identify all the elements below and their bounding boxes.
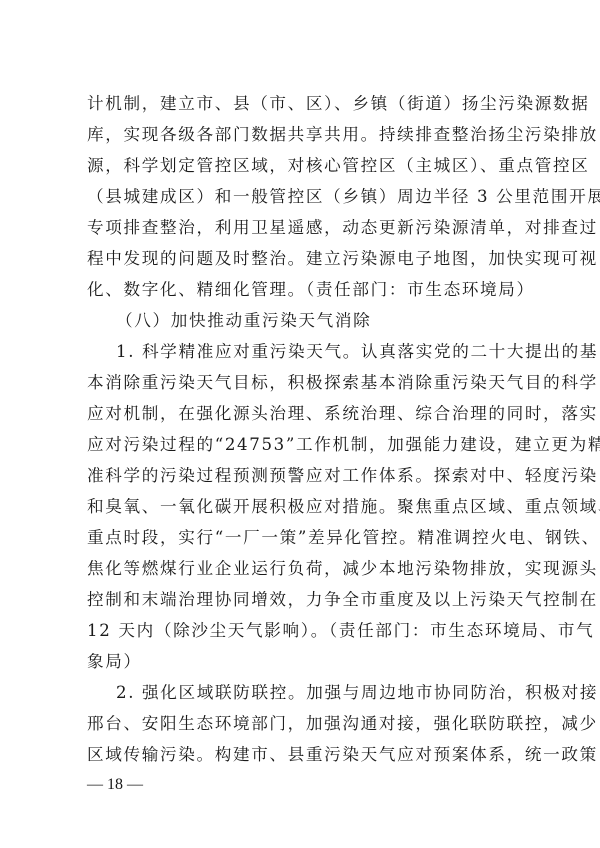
paragraph-line: 本消除重污染天气目标，积极探索基本消除重污染天气目的科学	[87, 373, 519, 393]
paragraph-line: 专项排查整治，利用卫星遥感，动态更新污染源清单，对排查过	[87, 218, 519, 238]
paragraph-line: 焦化等燃煤行业企业运行负荷，减少本地污染物排放，实现源头	[87, 559, 519, 579]
paragraph-line: 邢台、安阳生态环境部门，加强沟通对接，强化联防联控，减少	[87, 714, 519, 734]
paragraph-line: 象局）	[87, 652, 519, 672]
page-number: — 18 —	[87, 776, 143, 794]
paragraph-line: 应对机制，在强化源头治理、系统治理、综合治理的同时，落实	[87, 404, 519, 424]
paragraph-line: 重点时段，实行“一厂一策”差异化管控。精准调控火电、钢铁、	[87, 528, 519, 548]
paragraph-line: 控制和末端治理协同增效，力争全市重度及以上污染天气控制在	[87, 590, 519, 610]
section-heading: （八）加快推动重污染天气消除	[116, 311, 516, 331]
paragraph-line: 应对污染过程的“24753”工作机制，加强能力建设，建立更为精	[87, 435, 519, 455]
paragraph-line: （县城建成区）和一般管控区（乡镇）周边半径 3 公里范围开展	[87, 187, 519, 207]
paragraph-line: 和臭氧、一氧化碳开展积极应对措施。聚焦重点区域、重点领域、	[87, 497, 519, 517]
paragraph-line: 化、数字化、精细化管理。（责任部门：市生态环境局）	[87, 280, 519, 300]
paragraph-line: 准科学的污染过程预测预警应对工作体系。探索对中、轻度污染	[87, 466, 519, 486]
paragraph-line: 库，实现各级各部门数据共享共用。持续排查整治扬尘污染排放	[87, 125, 519, 145]
paragraph-line: 程中发现的问题及时整治。建立污染源电子地图，加快实现可视	[87, 249, 519, 269]
paragraph-line: 2. 强化区域联防联控。加强与周边地市协同防治，积极对接	[116, 683, 519, 703]
paragraph-line: 计机制，建立市、县（市、区）、乡镇（街道）扬尘污染源数据	[87, 94, 519, 114]
paragraph-line: 12 天内（除沙尘天气影响）。（责任部门：市生态环境局、市气	[87, 621, 519, 641]
paragraph-line: 1. 科学精准应对重污染天气。认真落实党的二十大提出的基	[116, 342, 519, 362]
paragraph-line: 区域传输污染。构建市、县重污染天气应对预案体系，统一政策	[87, 745, 519, 765]
document-page: 计机制，建立市、县（市、区）、乡镇（街道）扬尘污染源数据 库，实现各级各部门数据…	[0, 0, 600, 848]
paragraph-line: 源，科学划定管控区域，对核心管控区（主城区）、重点管控区	[87, 156, 519, 176]
